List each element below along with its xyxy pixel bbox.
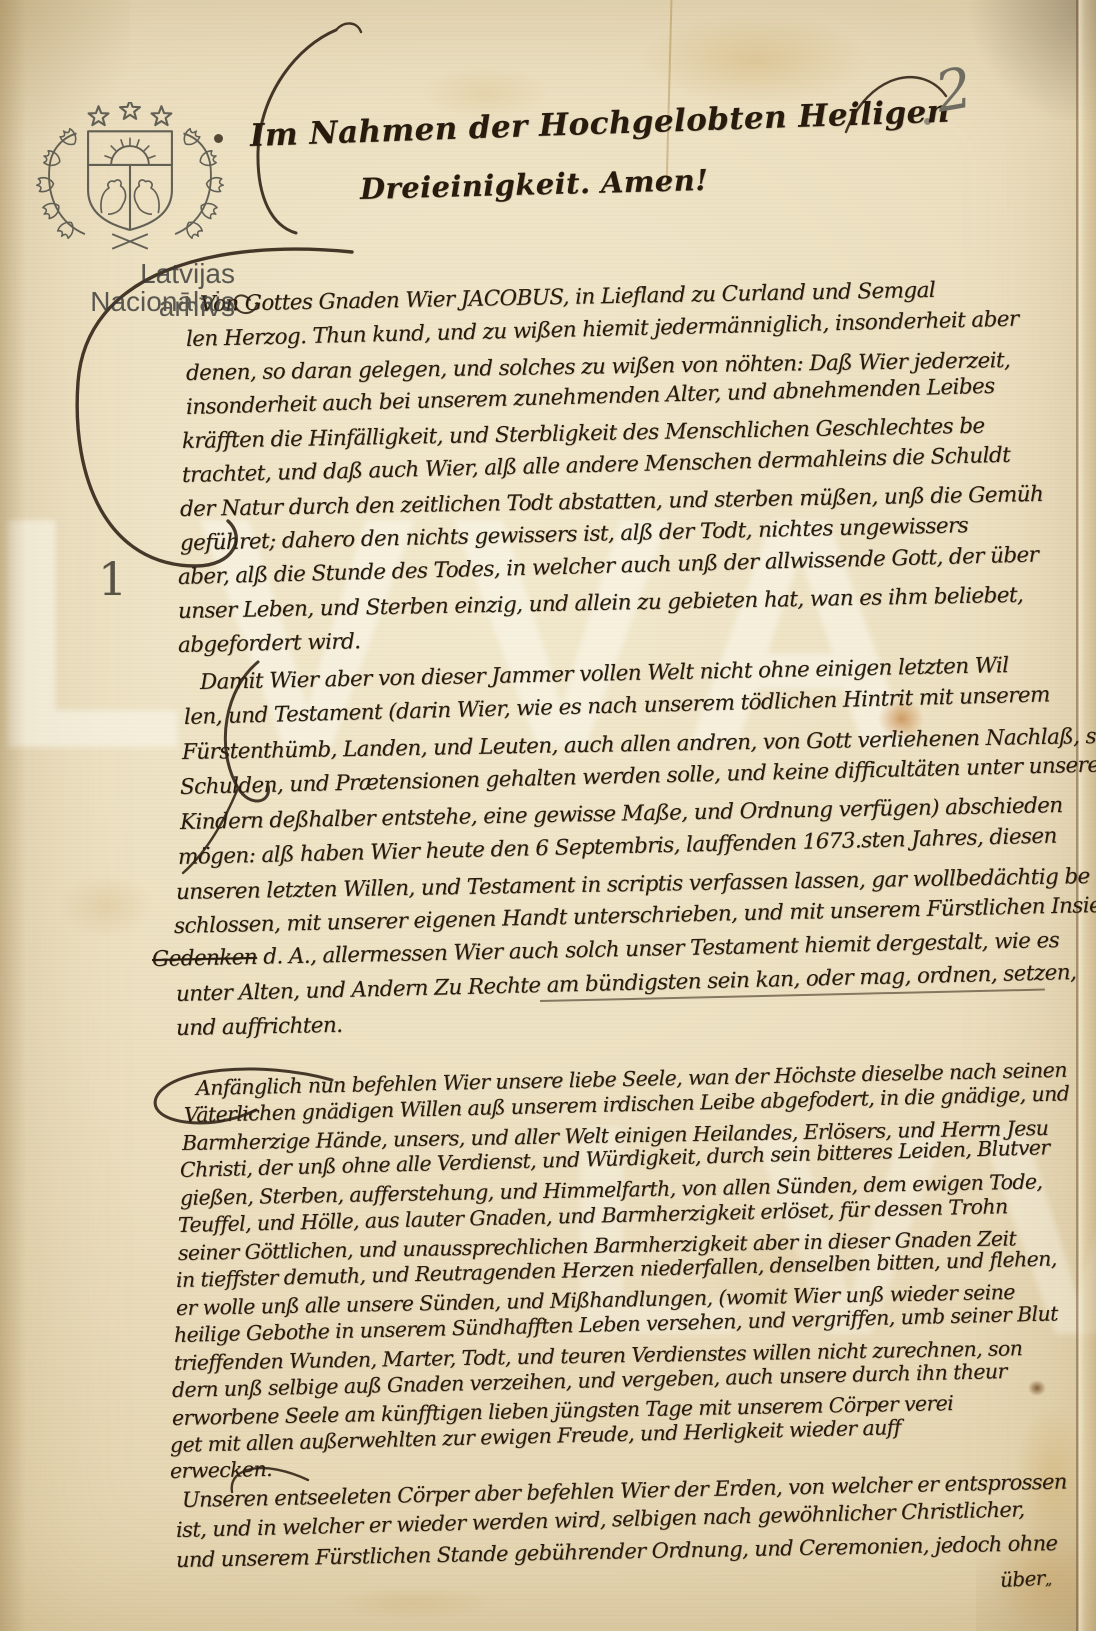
manuscript-line: abgefordert wird. [178,629,361,658]
folio-number-stamp: 1 [98,552,127,606]
stain [58,874,154,938]
stain [330,1586,500,1620]
corner-shade-top-left [0,0,130,170]
struck-word: Gedenken [152,945,258,972]
catchword: über„ [999,1565,1052,1592]
heading-line-1: Im Nahmen der Hochgelobten Heiligen [249,94,950,154]
catchword-mark: „ [1044,1572,1051,1588]
fold-crease [666,0,673,190]
manuscript-line: erwecken. [170,1457,272,1483]
stain [640,14,870,106]
heading-line-2: Dreieinigkeit. Amen! [360,163,709,206]
catchword-text: über [999,1566,1045,1592]
document-page: LVVA LVVA Im Nahmen der Hochgelobten Hei… [0,0,1096,1631]
corner-shade-top-right [956,0,1096,120]
ink-speck [214,134,223,143]
manuscript-line: und auffrichten. [176,1013,343,1041]
flourish-heading-hook [336,23,361,32]
coat-of-arms-icon [30,102,230,254]
